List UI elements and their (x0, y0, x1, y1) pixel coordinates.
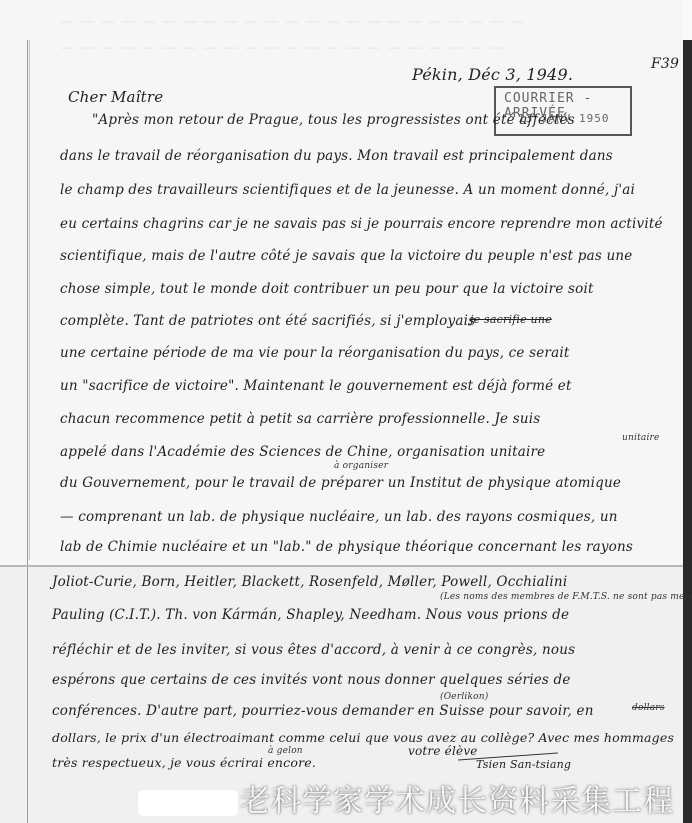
scanned-letter: — — — — — — — — — — — — — — — — — — — — … (0, 0, 692, 823)
letter-line: lab de Chimie nucléaire et un "lab." de … (60, 539, 633, 555)
letter-line: scientifique, mais de l'autre côté je sa… (60, 248, 632, 264)
margin-note: (Les noms des membres de F.M.T.S. ne son… (440, 592, 692, 602)
letter-line: — comprenant un lab. de physique nucléai… (60, 509, 618, 525)
page-number: F39 (651, 56, 679, 72)
letter-line: le champ des travailleurs scientifiques … (60, 182, 635, 198)
page-margin-line-sheet2 (27, 567, 28, 823)
page-margin-line-inner (29, 40, 30, 560)
letter-line: chacun recommence petit à petit sa carri… (60, 411, 540, 427)
received-stamp: COURRIER - ARRIVÉE 13 JANV 1950 (494, 86, 632, 136)
struck-word: je sacrifie une (470, 313, 552, 326)
place-date: Pékin, Déc 3, 1949. (412, 65, 573, 84)
salutation: Cher Maître (68, 88, 163, 106)
letter-line: du Gouvernement, pour le travail de prép… (60, 475, 621, 491)
letter-line: appelé dans l'Académie des Sciences de C… (60, 444, 545, 460)
letter-line: très respectueux, je vous écrirai encore… (52, 755, 316, 770)
insert-annotation: à organiser (334, 461, 388, 471)
scan-edge-top (683, 0, 692, 40)
letter-line: dollars, le prix d'un électroaimant comm… (52, 730, 674, 745)
margin-note: (Oerlikon) (440, 692, 488, 702)
letter-line: Pauling (C.I.T.). Th. von Kármán, Shaple… (52, 607, 569, 623)
letter-line: chose simple, tout le monde doit contrib… (60, 281, 594, 297)
bleed-through-text-2: — — — — — — — — — — — — — — — — — — — — … (60, 40, 504, 56)
watermark: 老科学家学术成长资料采集工程 (240, 776, 674, 820)
letter-line: Joliot-Curie, Born, Heitler, Blackett, R… (52, 574, 567, 590)
letter-line: dans le travail de réorganisation du pay… (60, 148, 613, 164)
letter-line: réfléchir et de les inviter, si vous ête… (52, 642, 575, 658)
letter-line: espérons que certains de ces invités von… (52, 672, 571, 688)
insert-annotation: unitaire (622, 433, 660, 443)
letter-line: conférences. D'autre part, pourriez-vous… (52, 703, 594, 719)
bleed-through-text: — — — — — — — — — — — — — — — — — — — — … (60, 14, 525, 30)
scan-edge (683, 0, 692, 823)
letter-line: une certaine période de ma vie pour la r… (60, 345, 569, 361)
letter-line: eu certains chagrins car je ne savais pa… (60, 216, 663, 232)
letter-line: complète. Tant de patriotes ont été sacr… (60, 313, 475, 329)
whiteout-patch (138, 790, 238, 816)
struck-word: dollars (632, 703, 665, 713)
closing: votre élève (408, 744, 478, 758)
signature: Tsien San-tsiang (476, 758, 571, 771)
letter-line: "Après mon retour de Prague, tous les pr… (92, 112, 575, 128)
letter-line: un "sacrifice de victoire". Maintenant l… (60, 378, 572, 394)
